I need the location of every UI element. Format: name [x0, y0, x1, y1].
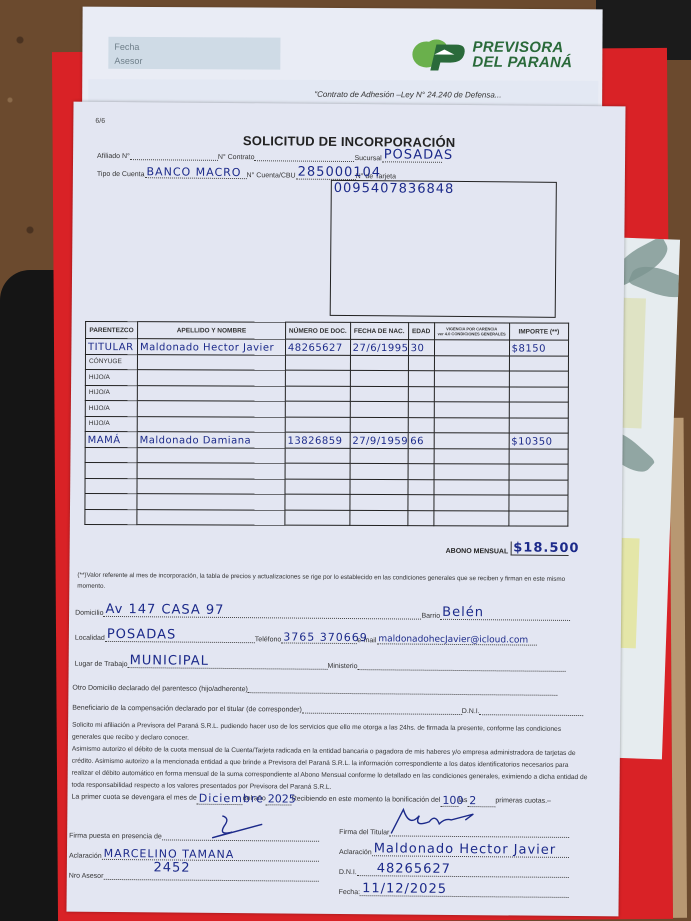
domicilio-field[interactable]: Av 147 CASA 97 [103, 607, 421, 620]
cell-nac[interactable]: 27/6/1995 [350, 339, 408, 355]
cell-importe[interactable] [509, 464, 568, 480]
cell-edad[interactable] [408, 386, 434, 402]
cell-nac[interactable] [350, 463, 408, 479]
cell-edad[interactable]: 66 [408, 433, 434, 449]
advisor-fields: Fecha Asesor [108, 37, 280, 70]
cell-nac[interactable] [350, 479, 408, 495]
monthly-fee: ABONO MENSUAL $18.500 [446, 541, 569, 556]
price-note: (**)Valor referente al mes de incorporac… [77, 570, 577, 596]
trabajo-label: Lugar de Trabajo [75, 661, 128, 668]
cell-doc[interactable] [285, 510, 350, 526]
abono-label: ABONO MENSUAL [446, 548, 509, 556]
card-number-value: 0095407836848 [334, 181, 455, 197]
holder-dni-row: D.N.I. 48265627 [339, 856, 569, 878]
table-row [85, 462, 568, 479]
cell-doc[interactable]: 48265627 [285, 339, 350, 355]
cell-nac[interactable] [350, 386, 408, 402]
cell-vigencia[interactable] [434, 340, 509, 356]
holder-date-row: Fecha: 11/12/2025 [339, 876, 569, 898]
abono-field[interactable]: $18.500 [510, 541, 568, 556]
cell-importe[interactable]: $8150 [509, 340, 568, 356]
cell-nombre[interactable] [137, 478, 285, 494]
cell-parentezco[interactable]: HIJO/A [85, 400, 137, 416]
cell-doc[interactable] [285, 448, 350, 464]
telefono-label: Teléfono [255, 636, 282, 643]
cell-doc[interactable] [285, 370, 350, 386]
table-row: MAMÁMaldonado Damiana1382685927/9/195966… [85, 431, 568, 448]
cell-importe[interactable] [509, 448, 568, 464]
cell-nombre[interactable] [137, 416, 285, 432]
table-row [85, 478, 568, 495]
signature-scribble-icon [202, 814, 272, 841]
work-row: Lugar de Trabajo MUNICIPAL Ministerio [75, 658, 566, 672]
asesor-label: Asesor [114, 54, 274, 69]
cell-edad[interactable] [408, 479, 434, 495]
cell-nombre[interactable] [137, 494, 285, 510]
header-row-2: Tipo de Cuenta BANCO MACRO N° Cuenta/CBU… [97, 168, 396, 181]
fecha-label: Fecha: [339, 889, 360, 896]
cell-nac[interactable] [350, 401, 408, 417]
locality-row: Localidad POSADAS Teléfono 3765 370669 e… [75, 632, 537, 646]
witness-signature-row: Firma puesta en presencia de [69, 820, 319, 842]
beneficiario-field[interactable] [302, 704, 462, 715]
table-row: HIJO/A [85, 369, 568, 386]
column-header: IMPORTE (**) [509, 323, 568, 340]
cell-vigencia[interactable] [434, 355, 509, 371]
cell-vigencia[interactable] [434, 402, 509, 418]
cell-nac[interactable] [350, 417, 408, 433]
localidad-field[interactable]: POSADAS [105, 632, 255, 643]
nro-asesor-field[interactable]: 2452 [103, 870, 318, 882]
beneficiary-row: Beneficiario de la compensación declarad… [72, 702, 584, 716]
table-header-row: PARENTEZCO APELLIDO Y NOMBRE NÚMERO DE D… [86, 321, 569, 340]
holder-signature-block: Firma del Titular Aclaración Maldonado H… [339, 816, 570, 898]
tipo-cuenta-field[interactable]: BANCO MACRO [144, 168, 246, 179]
fecha-field[interactable]: 11/12/2025 [360, 886, 569, 898]
cell-doc[interactable] [285, 355, 350, 371]
cell-edad[interactable]: 30 [408, 340, 434, 356]
cell-importe[interactable] [509, 386, 568, 402]
column-header: EDAD [408, 323, 434, 340]
cuenta-cbu-label: N° Cuenta/CBU [246, 172, 295, 179]
bonus-pct-field[interactable]: 100 [440, 797, 458, 807]
tipo-cuenta-label: Tipo de Cuenta [97, 171, 145, 178]
cell-parentezco[interactable]: HIJO/A [85, 385, 137, 401]
first-fee-suffix: primeras cuotas.– [495, 795, 551, 807]
cell-vigencia[interactable] [434, 464, 509, 480]
cell-importe[interactable]: $10350 [509, 433, 568, 449]
advisor-aclaracion-row: Aclaración MARCELINO TAMANA [69, 840, 319, 862]
cell-vigencia[interactable] [434, 448, 509, 464]
cell-parentezco[interactable] [85, 478, 137, 494]
telefono-field[interactable]: 3765 370669 [281, 633, 357, 644]
cell-nombre[interactable]: Maldonado Damiana [137, 432, 285, 448]
cell-doc[interactable] [285, 494, 350, 510]
first-fee-year-field[interactable]: 2025 [266, 795, 292, 805]
cell-doc[interactable] [285, 479, 350, 495]
holder-aclaracion-row: Aclaración Maldonado Hector Javier [339, 836, 569, 858]
localidad-label: Localidad [75, 635, 105, 642]
barrio-label: Barrio [421, 613, 440, 620]
cell-nac[interactable] [350, 494, 408, 510]
cell-importe[interactable] [509, 402, 568, 418]
afiliado-label: Afiliado N° [97, 153, 130, 160]
address-row: Domicilio Av 147 CASA 97 Barrio Belén [75, 607, 570, 621]
cell-vigencia[interactable] [434, 495, 509, 511]
page-number: 6/6 [95, 118, 105, 125]
form-title: SOLICITUD DE INCORPORACIÓN [73, 132, 625, 152]
cell-importe[interactable] [509, 371, 568, 387]
cell-nombre[interactable] [137, 463, 285, 479]
cell-vigencia[interactable] [434, 386, 509, 402]
other-address-row: Otro Domicilio declarado del parentesco … [72, 682, 558, 696]
cell-vigencia[interactable] [434, 479, 509, 495]
cell-vigencia[interactable] [434, 371, 509, 387]
header-row-1: Afiliado N° N° Contrato Sucursal POSADAS [97, 150, 442, 163]
advisor-signature-block: Firma puesta en presencia de Aclaración … [69, 820, 320, 882]
cell-nombre[interactable] [137, 509, 285, 525]
beneficiario-label: Beneficiario de la compensación declarad… [72, 705, 302, 714]
cell-doc[interactable] [285, 463, 350, 479]
column-header: FECHA DE NAC. [350, 322, 408, 339]
table-row: HIJO/A [85, 416, 568, 433]
cell-parentezco[interactable] [85, 509, 137, 525]
cell-importe[interactable] [509, 479, 568, 495]
bonus-prefix: Recibiendo en este momento la bonificaci… [292, 794, 441, 807]
fecha-label: Fecha [114, 40, 274, 55]
nro-asesor-label: Nro Asesor [69, 873, 104, 880]
cell-edad[interactable] [408, 448, 434, 464]
cell-edad[interactable] [408, 464, 434, 480]
signature-scribble-icon [389, 807, 479, 836]
advisor-number-row: Nro Asesor 2452 [69, 860, 319, 882]
first-fee-prefix: La primer cuota se devengara el mes de [71, 792, 196, 805]
email-field[interactable]: maldonadohecJavier@icloud.com [376, 634, 536, 645]
cell-edad[interactable] [408, 402, 434, 418]
cell-edad[interactable] [408, 510, 434, 526]
previsora-logo-icon [410, 36, 468, 72]
card-number-box[interactable]: 0095407836848 [330, 180, 557, 318]
cell-nac[interactable]: 27/9/1959 [350, 432, 408, 448]
contrato-label: N° Contrato [218, 154, 255, 161]
cell-parentezco[interactable] [85, 493, 137, 509]
trabajo-field[interactable]: MUNICIPAL [128, 658, 328, 670]
table-row [85, 447, 568, 464]
cell-doc[interactable] [285, 386, 350, 402]
beneficiario-dni-label: D.N.I. [462, 708, 480, 715]
cell-nombre[interactable] [137, 385, 285, 401]
cell-nombre[interactable] [137, 370, 285, 386]
cell-importe[interactable] [509, 495, 568, 511]
cell-importe[interactable] [509, 417, 568, 433]
cell-doc[interactable] [285, 417, 350, 433]
cell-parentezco[interactable]: CÓNYUGE [85, 354, 137, 370]
table-row: HIJO/A [85, 385, 568, 402]
contrato-field[interactable] [254, 151, 354, 162]
cell-edad[interactable] [408, 417, 434, 433]
table-row [85, 493, 568, 510]
domicilio-label: Domicilio [75, 610, 103, 617]
cell-nombre[interactable]: Maldonado Hector Javier [137, 339, 285, 355]
authorization-text: Solicito mi afiliación a Previsora del P… [71, 720, 588, 808]
ministerio-label: Ministerio [328, 663, 358, 670]
cell-nac[interactable] [350, 510, 408, 526]
paragraph: Asimismo autorizo el débito de la cuota … [72, 744, 588, 797]
column-header: VIGENCIA POR CARENCIAver 4.0 CONDICIONES… [434, 323, 509, 340]
barrio-field[interactable]: Belén [440, 610, 570, 621]
cell-nombre[interactable] [137, 447, 285, 463]
members-table: PARENTEZCO APELLIDO Y NOMBRE NÚMERO DE D… [84, 321, 569, 527]
cell-parentezco[interactable] [85, 447, 137, 463]
cell-vigencia[interactable] [434, 417, 509, 433]
ministerio-field[interactable] [357, 660, 565, 672]
cell-parentezco[interactable]: TITULAR [85, 338, 137, 354]
cell-parentezco[interactable] [85, 462, 137, 478]
beneficiario-dni-field[interactable] [480, 705, 584, 716]
table-row [85, 509, 568, 526]
column-header: PARENTEZCO [86, 321, 138, 338]
first-fee-month-field[interactable]: Diciembre [197, 795, 243, 805]
cell-nombre[interactable] [137, 401, 285, 417]
column-header: APELLIDO Y NOMBRE [137, 322, 285, 340]
sucursal-label: Sucursal [354, 155, 381, 162]
cell-edad[interactable] [408, 371, 434, 387]
cell-parentezco[interactable]: HIJO/A [85, 369, 137, 385]
afiliado-field[interactable] [130, 150, 218, 161]
cell-nac[interactable] [350, 448, 408, 464]
sucursal-field[interactable]: POSADAS [382, 152, 442, 163]
cell-nac[interactable] [350, 355, 408, 371]
holder-signature-row: Firma del Titular [339, 816, 569, 838]
cell-parentezco[interactable]: HIJO/A [85, 416, 137, 432]
table-row: TITULARMaldonado Hector Javier4826562727… [85, 338, 568, 355]
cell-importe[interactable] [509, 355, 568, 371]
column-header: NÚMERO DE DOC. [285, 322, 350, 339]
cell-edad[interactable] [408, 355, 434, 371]
table-row: CÓNYUGE [85, 354, 568, 371]
table-row: HIJO/A [85, 400, 568, 417]
otro-domicilio-label: Otro Domicilio declarado del parentesco … [72, 685, 248, 694]
brand-name-line2: DEL PARANÁ [472, 55, 572, 71]
otro-domicilio-field[interactable] [248, 683, 558, 696]
cell-nombre[interactable] [137, 354, 285, 370]
cell-vigencia[interactable] [433, 510, 508, 526]
application-form: 6/6 SOLICITUD DE INCORPORACIÓN Afiliado … [66, 102, 625, 917]
cell-doc[interactable] [285, 401, 350, 417]
cell-nac[interactable] [350, 370, 408, 386]
cuenta-cbu-field[interactable]: 285000104 [296, 170, 356, 181]
cell-doc[interactable]: 13826859 [285, 432, 350, 448]
cell-edad[interactable] [408, 495, 434, 511]
cell-parentezco[interactable]: MAMÁ [85, 431, 137, 447]
cell-vigencia[interactable] [434, 433, 509, 449]
contract-caption: "Contrato de Adhesión –Ley N° 24.240 de … [314, 90, 501, 100]
brand-logo: PREVISORA DEL PARANÁ [410, 36, 572, 73]
cell-importe[interactable] [509, 510, 568, 526]
bonus-count-field[interactable]: 2 [467, 797, 495, 807]
